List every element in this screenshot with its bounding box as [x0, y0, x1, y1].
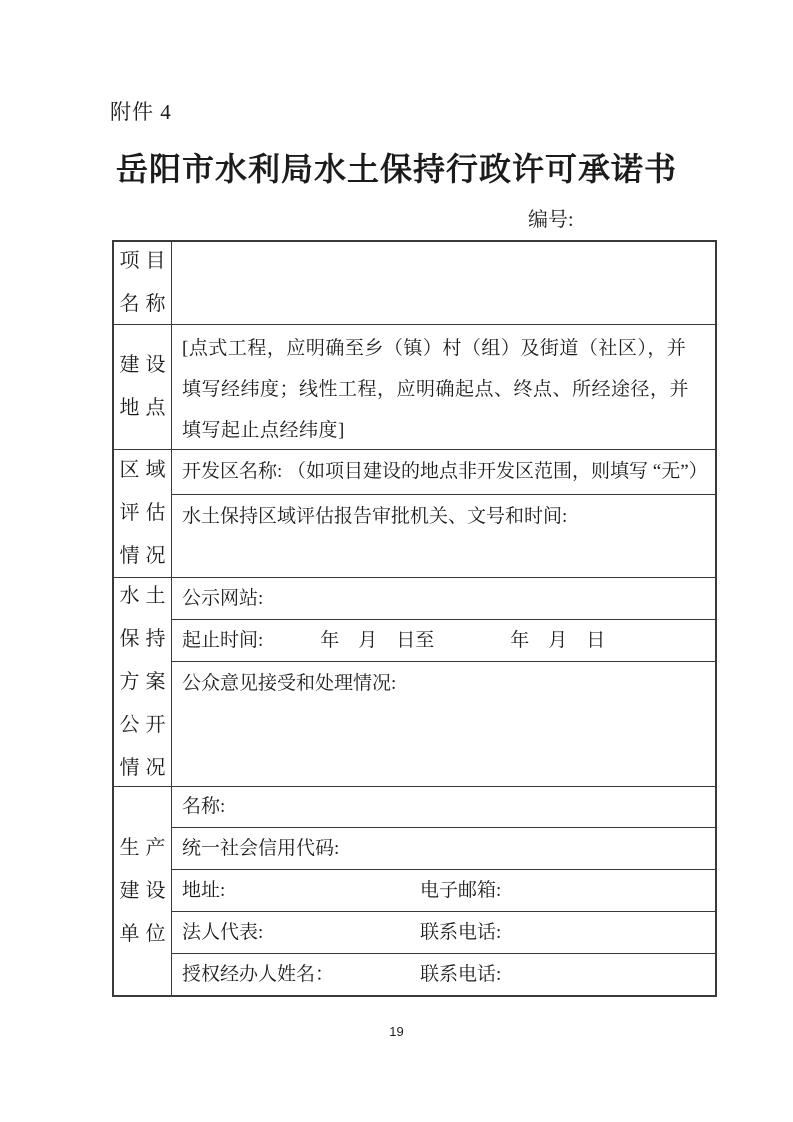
field-phone-label: 联系电话:: [420, 954, 501, 995]
field-address-label: 地址:: [182, 879, 225, 903]
page-number: 19: [0, 1024, 793, 1039]
section-construction-unit: 生产 建设 单位 名称: 统一社会信用代码: 地址: 电子邮箱: 法人代表: 联…: [114, 787, 715, 995]
row-header-line: 保持: [120, 618, 166, 661]
row-header-line: 建设: [120, 344, 166, 387]
row-header-line: 地点: [120, 387, 166, 430]
row-header-line: 单位: [120, 913, 166, 956]
field-public-comments: 公众意见接受和处理情况:: [172, 662, 715, 786]
field-email-label: 电子邮箱:: [420, 870, 501, 911]
field-authorized-agent-label: 授权经办人姓名：: [182, 963, 334, 987]
row-header-line: 区域: [120, 449, 166, 492]
section-content: [点式工程，应明确至乡（镇）村（组）及街道（社区），并填写经纬度；线性工程，应明…: [172, 325, 715, 449]
section-plan-publicity: 水土 保持 方案 公开 情况 公示网站: 起止时间: 年 月 日至 年 月 日 …: [114, 578, 715, 787]
row-header-line: 方案: [120, 661, 166, 704]
section-construction-location: 建设 地点 [点式工程，应明确至乡（镇）村（组）及街道（社区），并填写经纬度；线…: [114, 325, 715, 450]
row-header-project-name: 项目 名称: [114, 242, 172, 324]
field-development-zone-name: 开发区名称: （如项目建设的地点非开发区范围，则填写 “无”）: [172, 450, 715, 495]
row-header-construction-location: 建设 地点: [114, 325, 172, 449]
document-page: { "page": { "attachment_label": "附件 4", …: [0, 0, 793, 1122]
field-phone-label: 联系电话:: [420, 912, 501, 953]
field-publicity-website: 公示网站:: [172, 578, 715, 620]
row-header-regional-assessment: 区域 评估 情况: [114, 450, 172, 577]
document-number-label: 编号:: [528, 203, 574, 232]
section-content: 开发区名称: （如项目建设的地点非开发区范围，则填写 “无”） 水土保持区域评估…: [172, 450, 715, 577]
attachment-label: 附件 4: [110, 96, 172, 126]
section-regional-assessment: 区域 评估 情况 开发区名称: （如项目建设的地点非开发区范围，则填写 “无”）…: [114, 450, 715, 578]
row-header-line: 情况: [120, 535, 166, 578]
section-content: [172, 242, 715, 324]
row-header-plan-publicity: 水土 保持 方案 公开 情况: [114, 578, 172, 786]
field-address-email: 地址: 电子邮箱:: [172, 870, 715, 912]
row-header-line: 评估: [120, 492, 166, 535]
field-credit-code: 统一社会信用代码:: [172, 828, 715, 870]
field-unit-name: 名称:: [172, 787, 715, 828]
field-assessment-approval: 水土保持区域评估报告审批机关、文号和时间:: [172, 495, 715, 577]
field-legal-representative-phone: 法人代表: 联系电话:: [172, 912, 715, 954]
row-header-line: 生产: [120, 827, 166, 870]
field-legal-representative-label: 法人代表:: [182, 921, 263, 945]
row-header-line: 水土: [120, 575, 166, 618]
field-authorized-agent-phone: 授权经办人姓名： 联系电话:: [172, 954, 715, 995]
field-location-instructions: [点式工程，应明确至乡（镇）村（组）及街道（社区），并填写经纬度；线性工程，应明…: [172, 325, 715, 451]
row-header-line: 名称: [120, 283, 166, 326]
row-header-line: 公开: [120, 704, 166, 747]
row-header-line: 情况: [120, 747, 166, 790]
section-content: 名称: 统一社会信用代码: 地址: 电子邮箱: 法人代表: 联系电话: 授权经办…: [172, 787, 715, 995]
row-header-line: 项目: [120, 240, 166, 283]
form-table: 项目 名称 建设 地点 [点式工程，应明确至乡（镇）村（组）及街道（社区），并填…: [112, 240, 717, 997]
section-content: 公示网站: 起止时间: 年 月 日至 年 月 日 公众意见接受和处理情况:: [172, 578, 715, 786]
section-project-name: 项目 名称: [114, 242, 715, 325]
row-header-construction-unit: 生产 建设 单位: [114, 787, 172, 995]
row-header-line: 建设: [120, 870, 166, 913]
field-publicity-dates: 起止时间: 年 月 日至 年 月 日: [172, 620, 715, 662]
document-title: 岳阳市水利局水土保持行政许可承诺书: [0, 144, 793, 190]
field-project-name: [172, 242, 715, 324]
